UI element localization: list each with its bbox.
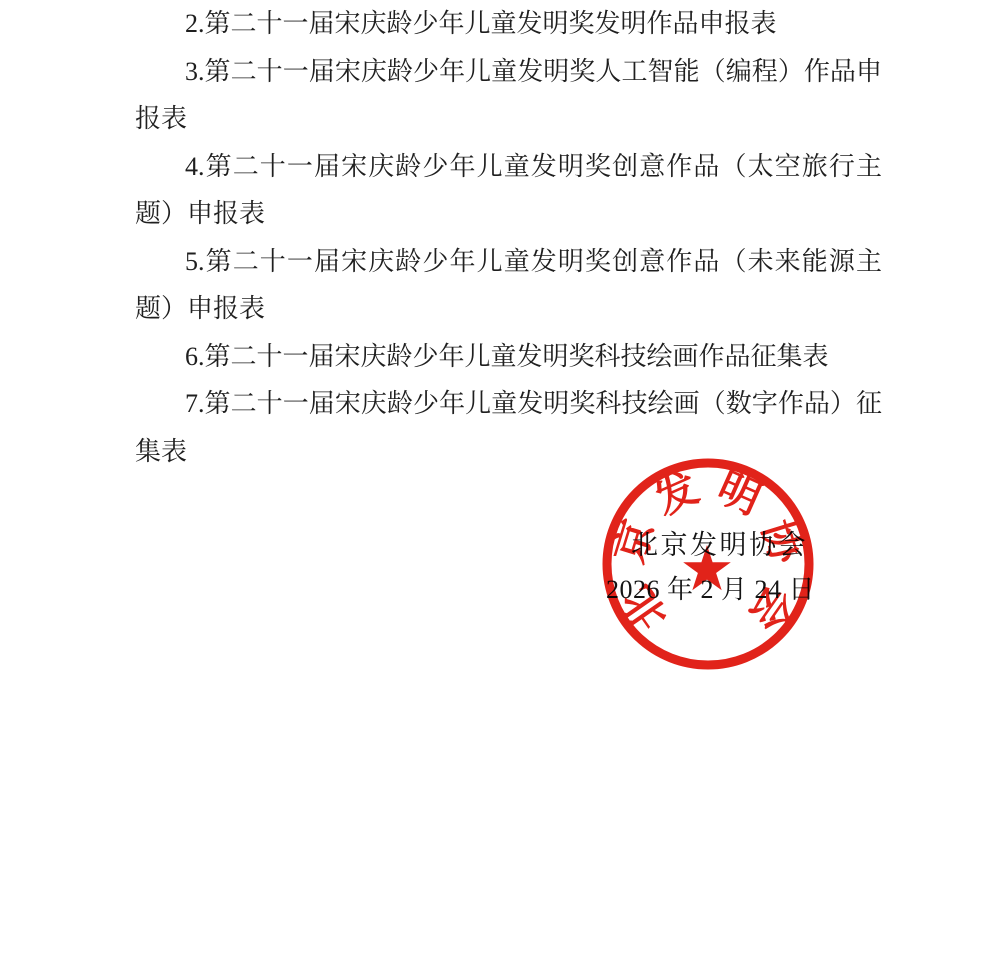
attachment-line: 报表 (135, 95, 882, 143)
attachment-list: 2.第二十一届宋庆龄少年儿童发明奖发明作品申报表 3.第二十一届宋庆龄少年儿童发… (135, 0, 882, 475)
attachment-line: 题）申报表 (135, 285, 882, 333)
attachment-line: 3.第二十一届宋庆龄少年儿童发明奖人工智能（编程）作品申 (135, 48, 882, 96)
official-seal: 北 京 发 明 协 会 (598, 453, 818, 675)
attachment-line: 4.第二十一届宋庆龄少年儿童发明奖创意作品（太空旅行主 (135, 143, 882, 191)
document-page: 2.第二十一届宋庆龄少年儿童发明奖发明作品申报表 3.第二十一届宋庆龄少年儿童发… (0, 0, 1000, 966)
seal-char: 北 (615, 577, 677, 638)
attachment-line: 7.第二十一届宋庆龄少年儿童发明奖科技绘画（数字作品）征 (135, 380, 882, 428)
star-icon (683, 545, 731, 590)
attachment-line: 6.第二十一届宋庆龄少年儿童发明奖科技绘画作品征集表 (135, 333, 882, 381)
seal-char: 会 (739, 577, 802, 638)
attachment-line: 题）申报表 (135, 190, 882, 238)
attachment-line: 2.第二十一届宋庆龄少年儿童发明奖发明作品申报表 (135, 0, 882, 48)
attachment-line: 5.第二十一届宋庆龄少年儿童发明奖创意作品（未来能源主 (135, 238, 882, 286)
